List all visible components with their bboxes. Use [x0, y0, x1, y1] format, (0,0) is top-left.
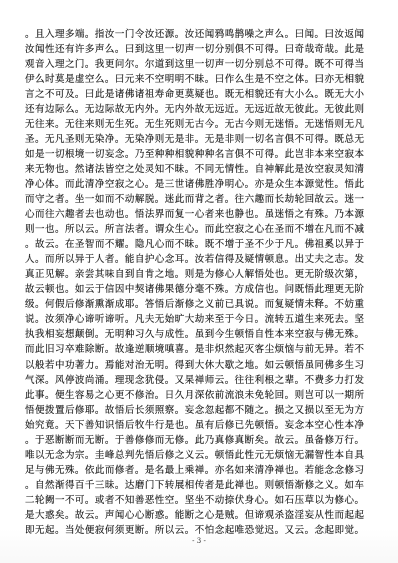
document-page: 。且入理多端。指汝一门令汝还源。汝还闻鸦鸣鹊噪之声么。曰闻。曰汝返闻 汝闻性还有… — [0, 0, 398, 563]
text-line: 二轮阙一不可。或者不知善恶性空。坚坐不动捺伏身心。如石压草以为修心。 — [25, 493, 364, 508]
text-line: 是大惑矣。故云。声闻心心断惑。能断之心是贼。但谛观杀盗淫妄从性而起起 — [25, 508, 364, 523]
text-line: 始究竟。天下善知识悟后牧牛行是也。虽有后修已先顿悟。妄念本空心性本净 — [25, 418, 364, 433]
text-line: 。故云。在圣智而不耀。隐凡心而不昧。既不增于圣不少于凡。佛祖奚以异于 — [25, 237, 364, 252]
text-line: 如是一切根境一切妄念。乃至种种相貌种种名言俱不可得。此岂非本来空寂本 — [25, 147, 364, 162]
page-number: - 3 - — [0, 536, 398, 546]
text-line: 净心体。而此清净空寂之心。是三世诸佛胜净明心。亦是众生本源觉性。悟此 — [25, 177, 364, 192]
text-line: 而守之者。坐一如而不动解脱。迷此而背之者。往六趣而长劫轮回故云。迷一 — [25, 192, 364, 207]
text-line: 观音入理之门。我更问尔。尔道到这里一切声一切分别总不可得。既不可得当 — [25, 57, 364, 72]
text-line: 说。汝须净心谛听谛听。凡夫无始旷大劫来至于今日。流转五道生来死去。坚 — [25, 312, 364, 327]
text-line: 则一也。所以云。所言法者。谓众生心。而此空寂之心在圣而不增在凡而不减 — [25, 222, 364, 237]
text-line: 唯以无念为宗。圭峰总判先悟后修之义云。顿悟此性元无烦恼无漏智性本自具 — [25, 448, 364, 463]
text-line: 言之不可及。曰此是诸佛诸祖寿命更莫疑也。既无相貌还有大小么。既无大小 — [25, 87, 364, 102]
text-line: 心而往六趣者去也动也。悟法界而复一心者来也静也。虽迷悟之有殊。乃本源 — [25, 207, 364, 222]
text-line: 以般若中功著力。焉能对治无明。得到大休大歇之地。如云顿悟虽同佛多生习 — [25, 358, 364, 373]
text-line: 无往来。无往来则无生死。无生死则无古今。无古今则无迷悟。无迷悟则无凡 — [25, 117, 364, 132]
body-text: 。且入理多端。指汝一门令汝还源。汝还闻鸦鸣鹊噪之声么。曰闻。曰汝返闻 汝闻性还有… — [25, 27, 364, 539]
text-line: 真正见解。亲尝其味自到自肯之地。则是为修心人解悟处也。更无阶级次第， — [25, 267, 364, 282]
text-line: 。且入理多端。指汝一门令汝还源。汝还闻鸦鸣鹊噪之声么。曰闻。曰汝返闻 — [25, 27, 364, 42]
text-line: 悟便拨置后修耶。故悟后长须照察。妄念忽起都不随之。损之又损以至无为方 — [25, 403, 364, 418]
text-line: 执我相妄想颠倒。无明种习久与成性。虽到今生顿悟自性本来空寂与佛无殊。 — [25, 327, 364, 342]
text-line: 级。何假后修渐熏渐成耶。答悟后渐修之义前已具说。而复疑情未释。不妨重 — [25, 297, 364, 312]
text-line: 汝闻性还有许多声么。曰到这里一切声一切分别俱不可得。曰奇哉奇哉。此是 — [25, 42, 364, 57]
text-line: 足与佛无殊。依此而修者。是名最上乘禅。亦名如来清净禅也。若能念念修习 — [25, 463, 364, 478]
text-line: 圣。无凡圣则无染净。无染净则无是非。无是非则一切名言俱不可得。既总无 — [25, 132, 364, 147]
text-line: 来无物也。然诸法皆空之处灵知不昧。不同无情性。自神解此是汝空寂灵知清 — [25, 162, 364, 177]
text-line: 伊么时莫是虚空么。曰元来不空明明不昧。曰作么生是不空之体。曰亦无相貌 — [25, 72, 364, 87]
text-line: 。于恶断断而无断。于善修修而无修。此乃真修真断矣。故云。虽备修万行。 — [25, 433, 364, 448]
text-line: 气深。风停波尚涌。理现念犹侵。又杲禅师云。往往利根之辈。不费多力打发 — [25, 373, 364, 388]
text-line: 。自然渐得百千三昧。达磨门下转展相传者是此禅也。则顿悟渐修之义。如车 — [25, 478, 364, 493]
text-line: 故云顿也。如云于信因中契诸佛果德分毫不殊。方成信也。问既悟此理更无阶 — [25, 282, 364, 297]
text-line: 还有边际么。无边际故无内外。无内外故无远近。无远近故无彼此。无彼此则 — [25, 102, 364, 117]
text-line: 此事。便生容易之心更不修治。日久月深依前流浪未免轮回。则岂可以一期所 — [25, 388, 364, 403]
text-line: 而此旧习卒难除断。故逢逆顺境嗔喜。是非炽然起灭客尘烦恼与前无异。若不 — [25, 342, 364, 357]
text-line: 人。而所以异于人者。能自护心念耳。汝若信得及疑情顿息。出丈夫之志。发 — [25, 252, 364, 267]
